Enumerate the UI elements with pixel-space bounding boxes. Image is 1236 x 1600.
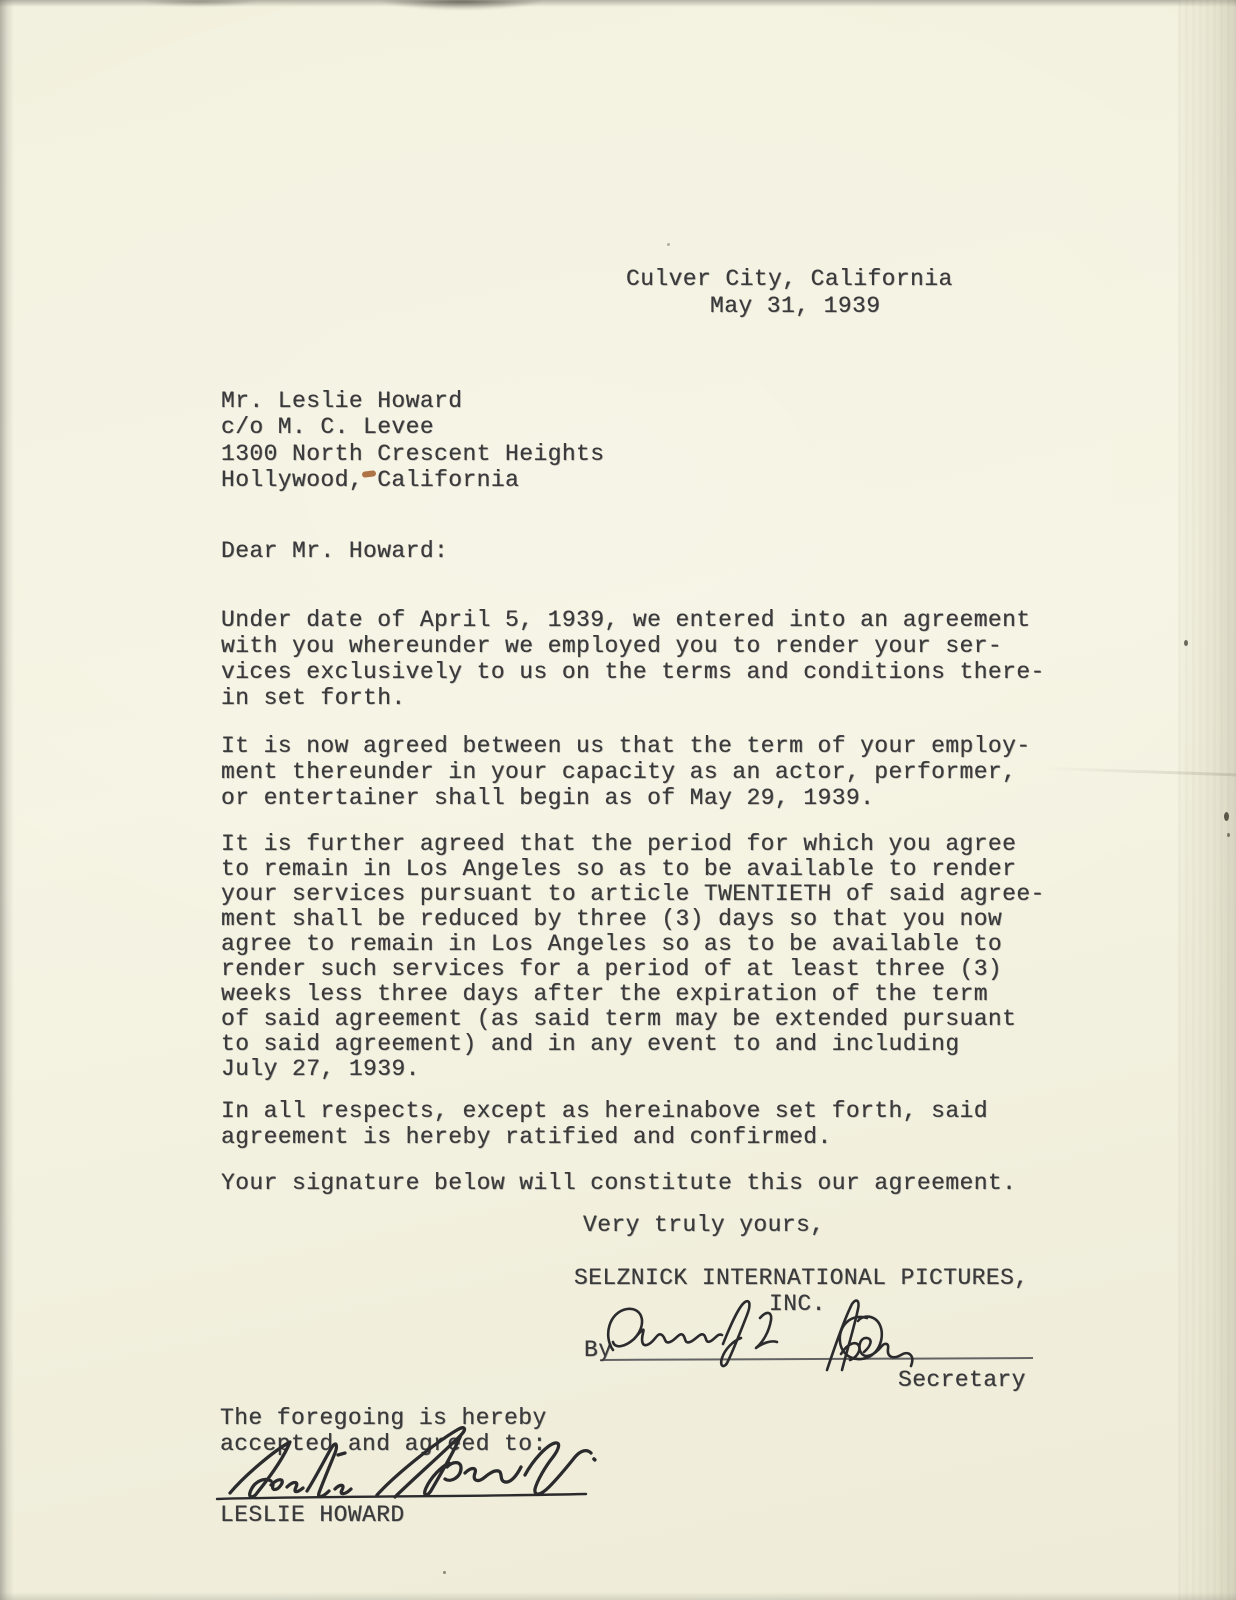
paragraph-5: Your signature below will constitute thi… <box>221 1170 1016 1196</box>
paragraph-line: agree to remain in Los Angeles so as to … <box>221 932 1045 957</box>
paragraph-line: your services pursuant to article TWENTI… <box>221 882 1045 907</box>
paragraph-line: Your signature below will constitute thi… <box>221 1170 1016 1196</box>
paper-right-edge <box>1178 0 1236 1600</box>
paragraph-line: render such services for a period of at … <box>221 957 1045 982</box>
secretary-signature <box>575 1298 1045 1398</box>
paragraph-line: agreement is hereby ratified and confirm… <box>221 1124 988 1150</box>
recipient-street: 1300 North Crescent Heights <box>221 442 604 467</box>
dateline-date: May 31, 1939 <box>710 294 880 319</box>
paragraph-line: It is further agreed that the period for… <box>221 832 1045 857</box>
ink-smudge <box>140 0 260 7</box>
paragraph-line: In all respects, except as hereinabove s… <box>221 1098 988 1124</box>
dateline-city: Culver City, California <box>626 267 953 292</box>
paragraph-1: Under date of April 5, 1939, we entered … <box>221 607 1045 711</box>
letter-sheet: Culver City, California May 31, 1939 Mr.… <box>0 0 1236 1600</box>
paragraph-line: July 27, 1939. <box>221 1057 1045 1082</box>
salutation: Dear Mr. Howard: <box>221 539 448 564</box>
paragraph-line: vices exclusively to us on the terms and… <box>221 659 1045 685</box>
paragraph-line: Under date of April 5, 1939, we entered … <box>221 607 1045 633</box>
paragraph-line: in set forth. <box>221 685 1045 711</box>
paragraph-line: to said agreement) and in any event to a… <box>221 1032 1045 1057</box>
company-name: SELZNICK INTERNATIONAL PICTURES, <box>574 1266 1028 1291</box>
recipient-care-of: c/o M. C. Levee <box>221 415 434 440</box>
paragraph-line: ment shall be reduced by three (3) days … <box>221 907 1045 932</box>
valediction: Very truly yours, <box>583 1213 824 1238</box>
paragraph-3: It is further agreed that the period for… <box>221 832 1045 1082</box>
paper-speck <box>1227 833 1230 837</box>
paragraph-line: or entertainer shall begin as of May 29,… <box>221 785 1031 811</box>
paper-speck <box>667 243 670 246</box>
paragraph-line: It is now agreed between us that the ter… <box>221 733 1031 759</box>
ink-smudge <box>382 0 542 10</box>
paper-left-edge <box>0 0 14 1600</box>
paragraph-line: with you whereunder we employed you to r… <box>221 633 1045 659</box>
paper-bottom-edge <box>0 1592 1236 1600</box>
paragraph-line: of said agreement (as said term may be e… <box>221 1007 1045 1032</box>
paragraph-line: to remain in Los Angeles so as to be ava… <box>221 857 1045 882</box>
leslie-howard-signature <box>195 1405 625 1520</box>
paragraph-4: In all respects, except as hereinabove s… <box>221 1098 988 1150</box>
paper-speck <box>1184 640 1188 646</box>
paragraph-line: weeks less three days after the expirati… <box>221 982 1045 1007</box>
paper-speck <box>1224 812 1229 821</box>
paper-speck <box>443 1571 446 1574</box>
recipient-name: Mr. Leslie Howard <box>221 389 462 414</box>
paragraph-line: ment thereunder in your capacity as an a… <box>221 759 1031 785</box>
paragraph-2: It is now agreed between us that the ter… <box>221 733 1031 811</box>
